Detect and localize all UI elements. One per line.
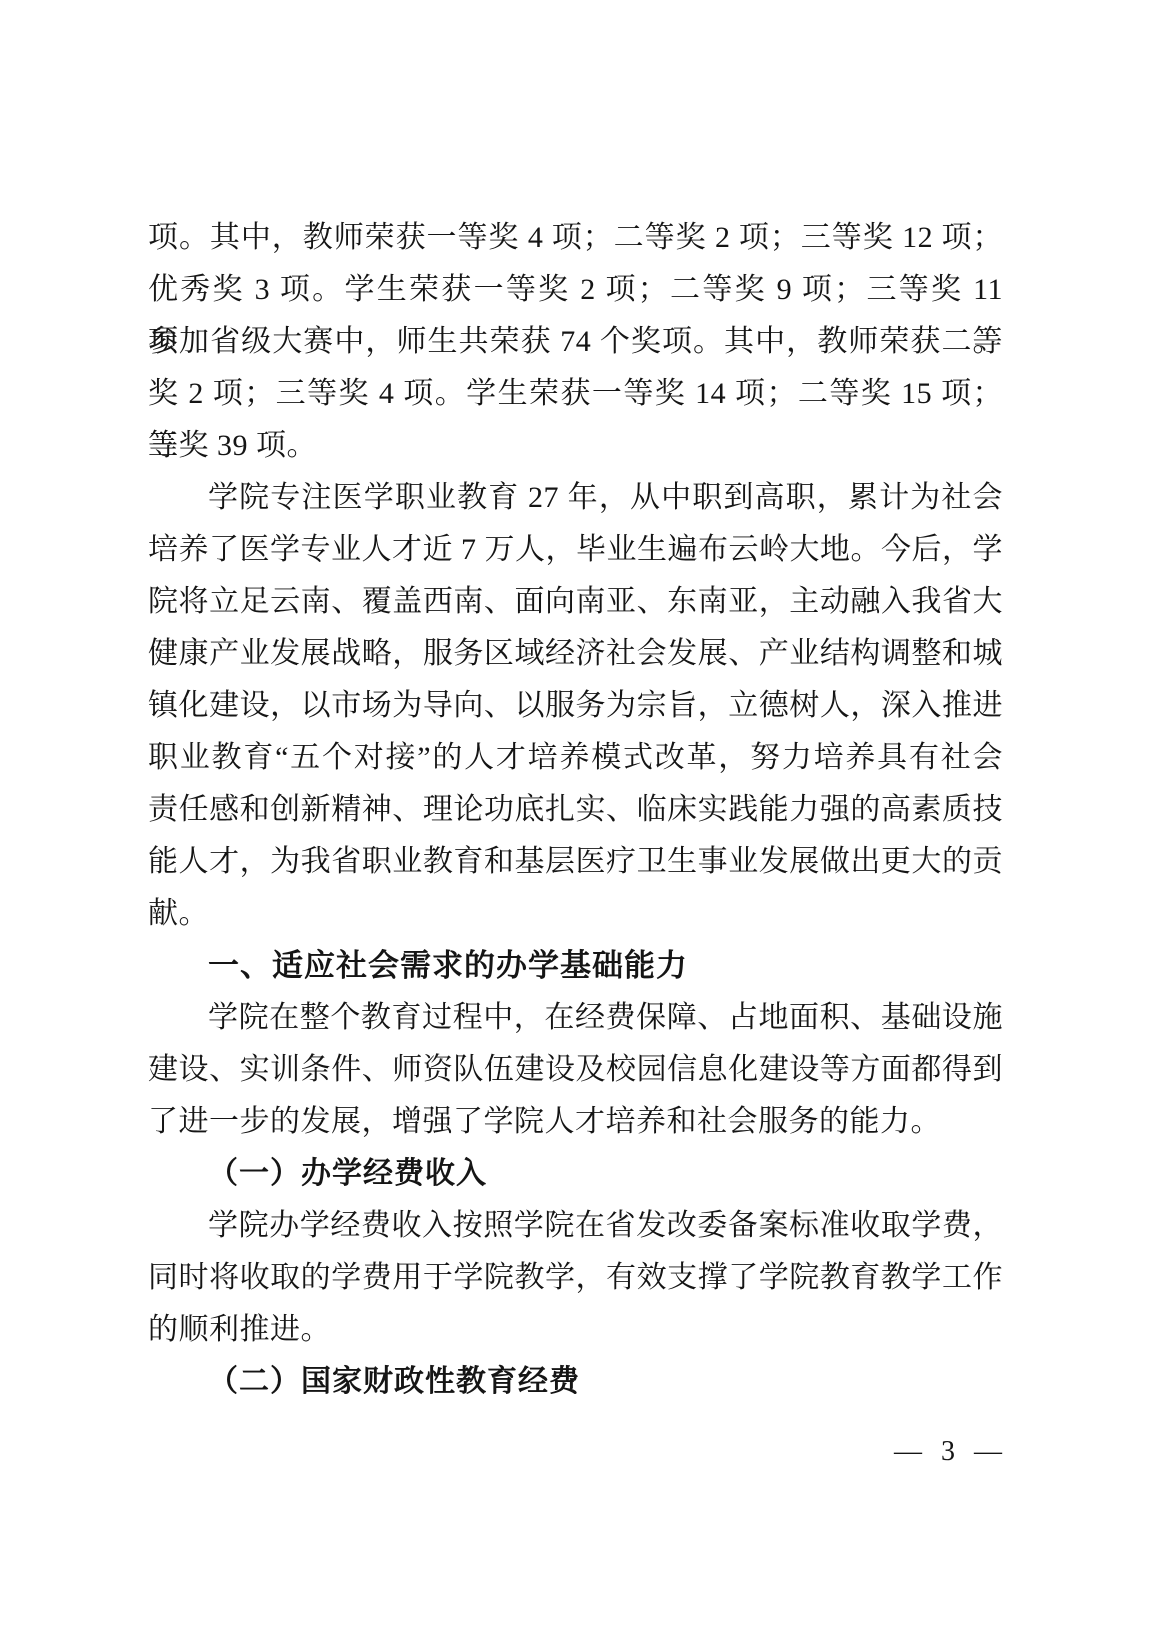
document-page: 项。其中，教师荣获一等奖 4 项；二等奖 2 项；三等奖 12 项；优秀奖 3 … bbox=[0, 0, 1150, 1626]
text-line: 院将立足云南、覆盖西南、面向南亚、东南亚，主动融入我省大 bbox=[148, 576, 1003, 628]
text-line: 等奖 39 项。 bbox=[148, 420, 1003, 472]
text-line: 的顺利推进。 bbox=[148, 1304, 1003, 1356]
text-line: 职业教育“五个对接”的人才培养模式改革，努力培养具有社会 bbox=[148, 732, 1003, 784]
document-body: 项。其中，教师荣获一等奖 4 项；二等奖 2 项；三等奖 12 项；优秀奖 3 … bbox=[148, 212, 1003, 1408]
text-line: 同时将收取的学费用于学院教学，有效支撑了学院教育教学工作 bbox=[148, 1252, 1003, 1304]
text-line: 健康产业发展战略，服务区域经济社会发展、产业结构调整和城 bbox=[148, 628, 1003, 680]
text-line: 镇化建设，以市场为导向、以服务为宗旨，立德树人，深入推进 bbox=[148, 680, 1003, 732]
text-line: 学院办学经费收入按照学院在省发改委备案标准收取学费， bbox=[148, 1200, 1003, 1252]
section-heading: （二）国家财政性教育经费 bbox=[148, 1356, 1003, 1408]
text-line: 了进一步的发展，增强了学院人才培养和社会服务的能力。 bbox=[148, 1096, 1003, 1148]
text-line: 项。其中，教师荣获一等奖 4 项；二等奖 2 项；三等奖 12 项； bbox=[148, 212, 1003, 264]
text-line: 培养了医学专业人才近 7 万人，毕业生遍布云岭大地。今后，学 bbox=[148, 524, 1003, 576]
section-heading: 一、适应社会需求的办学基础能力 bbox=[148, 940, 1003, 992]
text-line: 建设、实训条件、师资队伍建设及校园信息化建设等方面都得到 bbox=[148, 1044, 1003, 1096]
text-line: 优秀奖 3 项。学生荣获一等奖 2 项；二等奖 9 项；三等奖 11 项。 bbox=[148, 264, 1003, 316]
text-line: 能人才，为我省职业教育和基层医疗卫生事业发展做出更大的贡 bbox=[148, 836, 1003, 888]
section-heading: （一）办学经费收入 bbox=[148, 1148, 1003, 1200]
text-line: 学院在整个教育过程中，在经费保障、占地面积、基础设施 bbox=[148, 992, 1003, 1044]
text-line: 参加省级大赛中，师生共荣获 74 个奖项。其中，教师荣获二等 bbox=[148, 316, 1003, 368]
page-number: — 3 — bbox=[894, 1436, 1008, 1468]
text-line: 学院专注医学职业教育 27 年，从中职到高职，累计为社会 bbox=[148, 472, 1003, 524]
text-line: 奖 2 项；三等奖 4 项。学生荣获一等奖 14 项；二等奖 15 项；三 bbox=[148, 368, 1003, 420]
text-line: 责任感和创新精神、理论功底扎实、临床实践能力强的高素质技 bbox=[148, 784, 1003, 836]
text-line: 献。 bbox=[148, 888, 1003, 940]
